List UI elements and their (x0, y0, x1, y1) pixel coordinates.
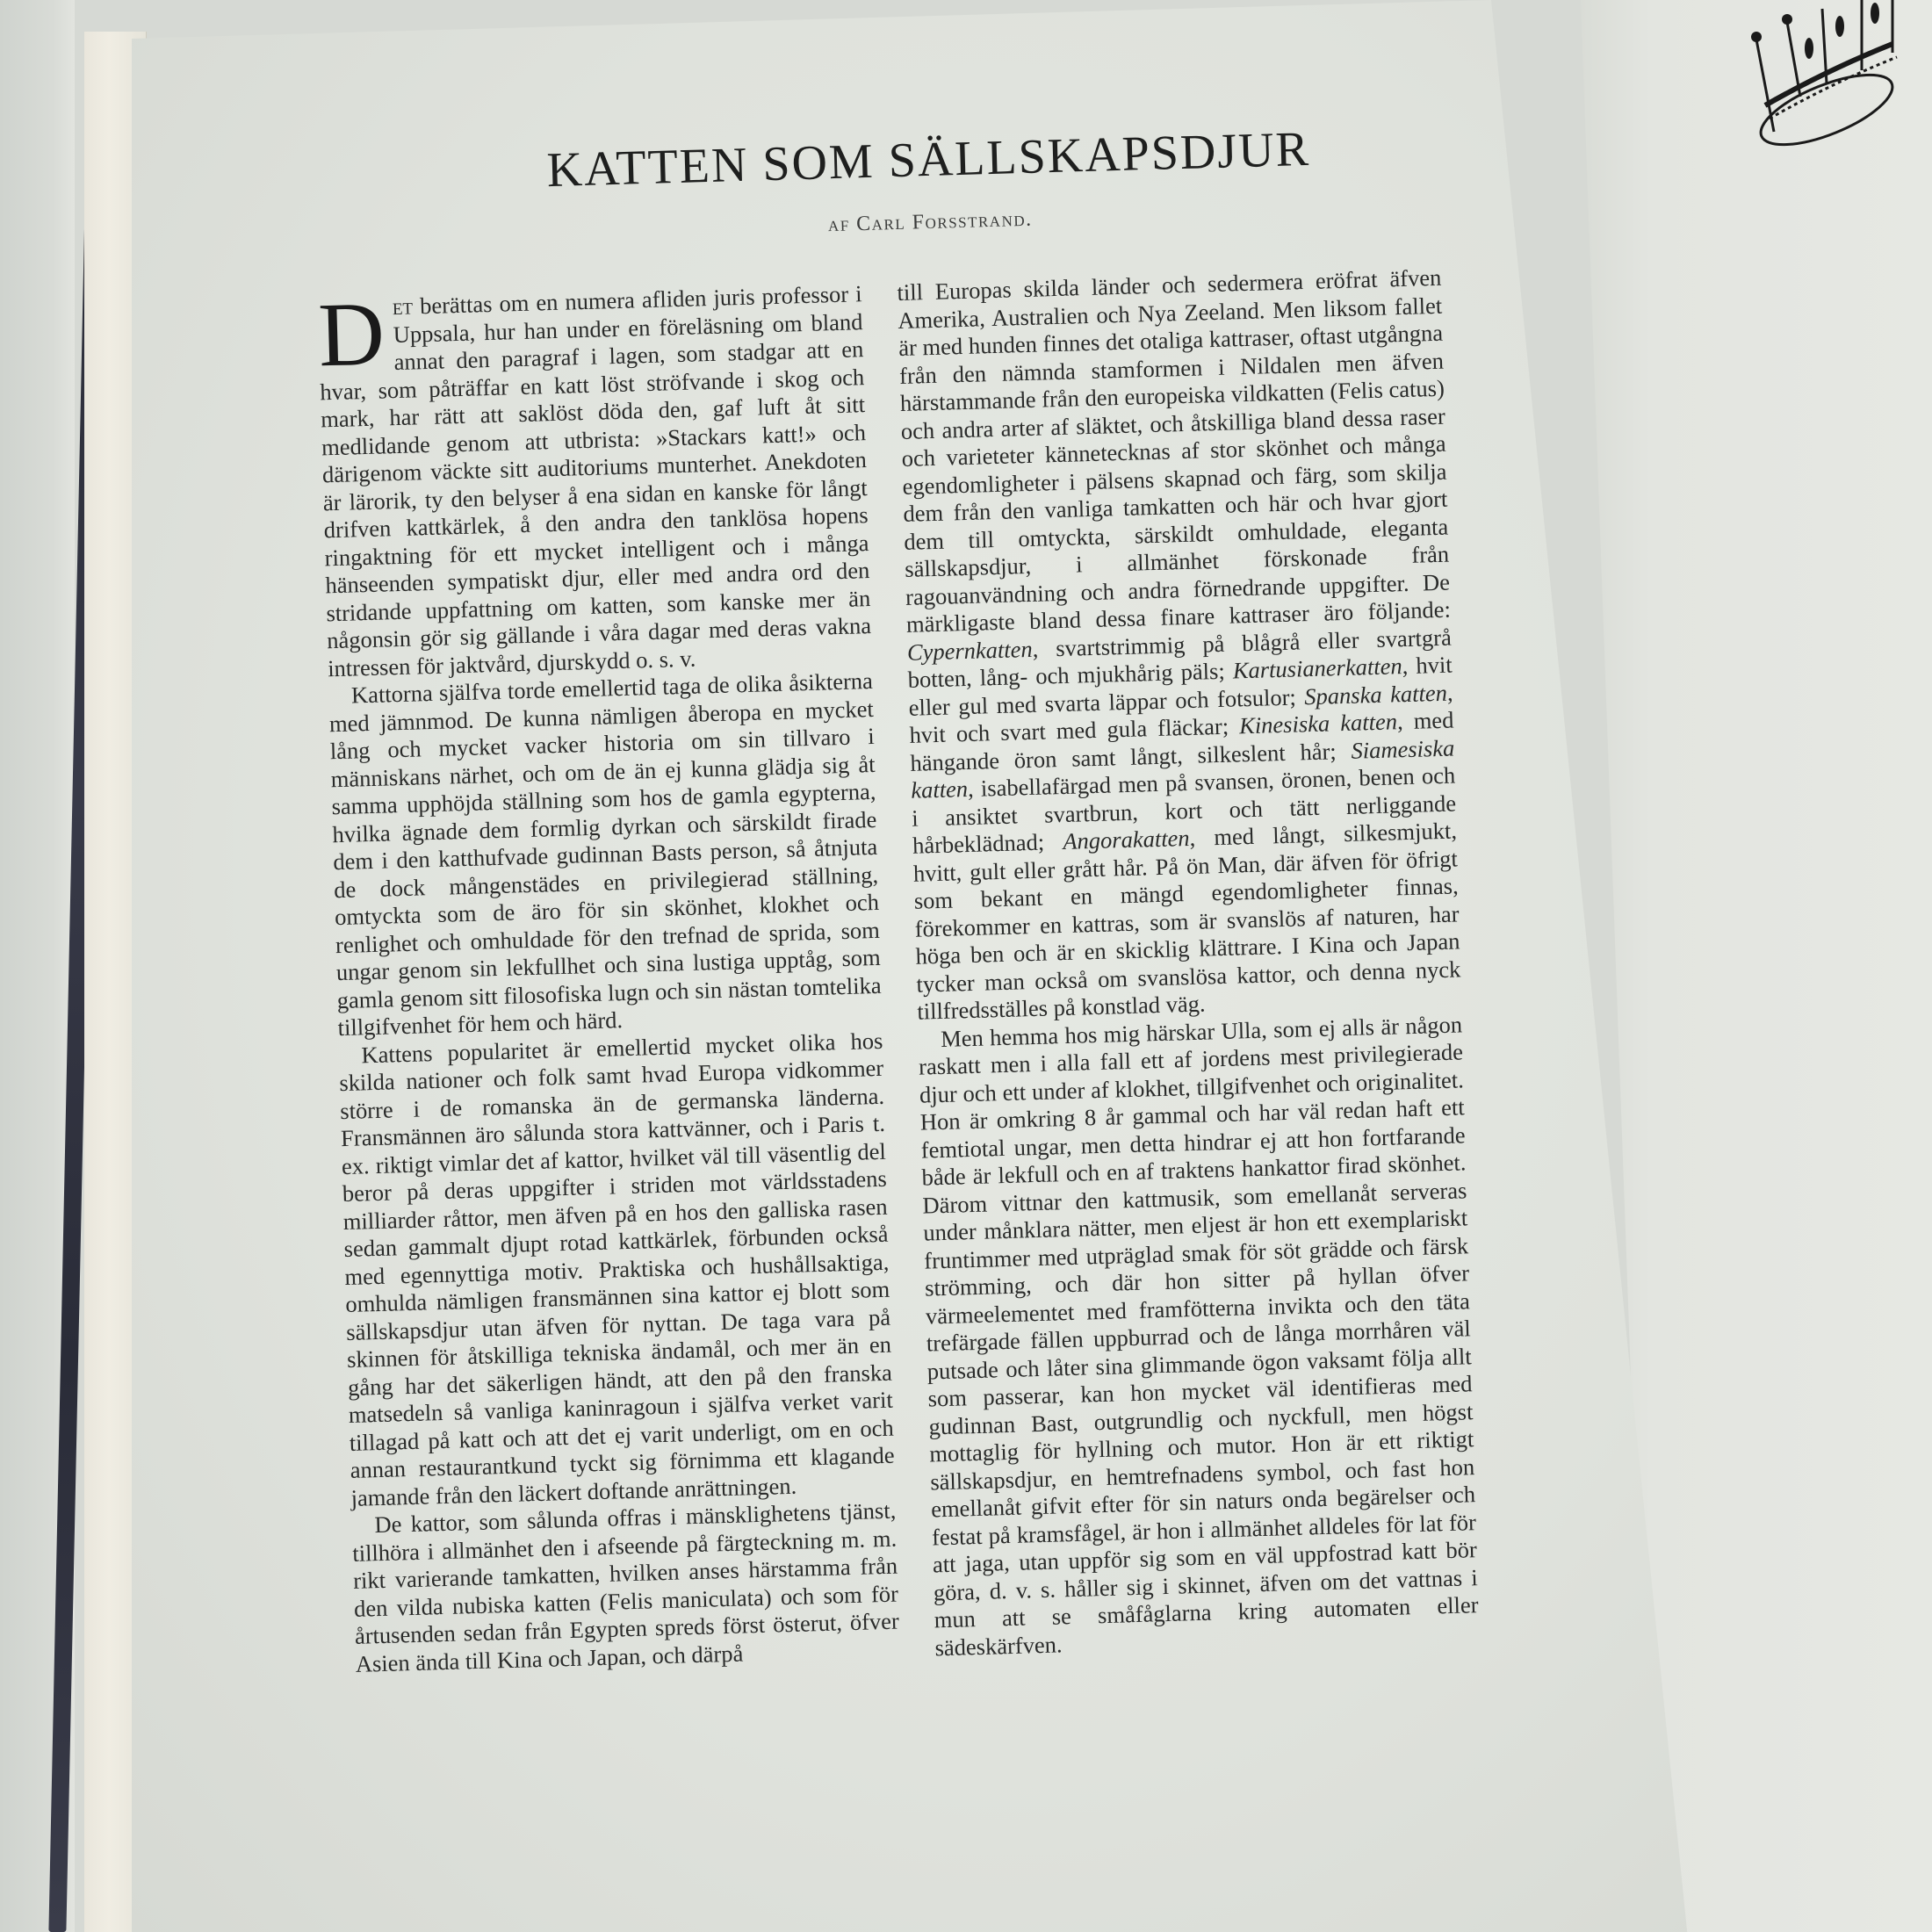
right-column: till Europas skilda länder och sedermera… (897, 264, 1480, 1662)
article-title: KATTEN SOM SÄLLSKAPSDJUR (314, 114, 1544, 205)
breed-name: Cypernkatten (907, 635, 1034, 665)
article-columns: Det berättas om en numera afliden juris … (317, 261, 1584, 1677)
breed-name: Angorakatten (1063, 825, 1190, 854)
lead-in: et (392, 292, 413, 320)
paragraph: Det berättas om en numera afliden juris … (317, 280, 872, 682)
article: KATTEN SOM SÄLLSKAPSDJUR af Carl Forsstr… (312, 70, 1592, 1930)
paragraph: till Europas skilda länder och sedermera… (897, 264, 1462, 1026)
breed-name: Kartusianerkatten (1232, 652, 1402, 683)
paragraph: De kattor, som sålunda offras i mänsklig… (351, 1497, 900, 1678)
paragraph: Kattens popularitet är emellertid mycket… (338, 1027, 896, 1512)
paragraph: Kattorna själfva torde emellertid taga d… (328, 667, 883, 1042)
crown-icon (1730, 0, 1906, 149)
breed-name: Spanska katten (1304, 679, 1447, 710)
paragraph: Men hemma hos mig härskar Ulla, som ej a… (918, 1011, 1480, 1662)
left-column: Det berättas om en numera afliden juris … (317, 280, 900, 1678)
article-byline: af Carl Forsstrand. (315, 193, 1545, 251)
drop-cap: D (317, 293, 393, 371)
breed-name: Kinesiska katten (1239, 708, 1398, 739)
